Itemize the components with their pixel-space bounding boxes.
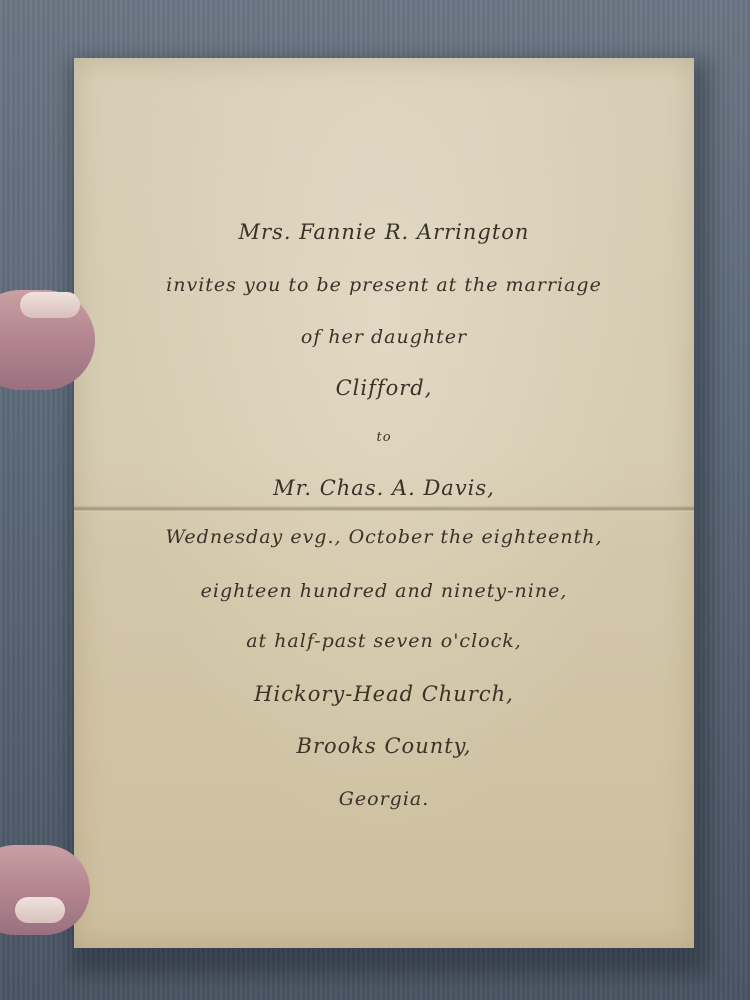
time-line: at half-past seven o'clock,	[74, 630, 694, 652]
date-line: Wednesday evg., October the eighteenth,	[74, 526, 694, 548]
relation-line: of her daughter	[74, 326, 694, 348]
to-line: to	[74, 430, 694, 445]
venue-line: Hickory-Head Church,	[74, 682, 694, 706]
fold-crease	[74, 506, 694, 512]
year-line: eighteen hundred and ninety-nine,	[74, 580, 694, 602]
bride-name: Clifford,	[74, 376, 694, 400]
state-line: Georgia.	[74, 788, 694, 810]
invite-line: invites you to be present at the marriag…	[74, 274, 694, 296]
thumbnail	[15, 897, 65, 923]
thumb-bottom	[0, 845, 90, 935]
invitation-card: Mrs. Fannie R. Arrington invites you to …	[74, 58, 694, 948]
groom-name: Mr. Chas. A. Davis,	[74, 476, 694, 500]
county-line: Brooks County,	[74, 734, 694, 758]
host-name: Mrs. Fannie R. Arrington	[74, 220, 694, 244]
thumbnail	[20, 292, 80, 318]
